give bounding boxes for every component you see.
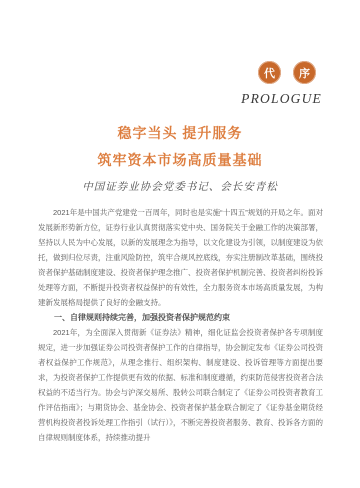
preface-badge: 代 序 <box>258 61 316 84</box>
body-paragraph-2: 2021年，为全面深入贯彻新《证券法》精神，细化证监会投资者保护各专项制度规定，… <box>38 325 323 445</box>
preface-badge-circle-1: 代 <box>258 61 281 84</box>
author-byline: 中国证券业协会党委书记、会长安青松 <box>0 179 360 194</box>
page-title-line-2: 筑牢资本市场高质量基础 <box>0 147 360 174</box>
section-heading-1: 一、自律规则持续完善，加强投资者保护规范约束 <box>38 310 323 325</box>
page-title: 稳字当头 提升服务 筑牢资本市场高质量基础 <box>0 120 360 174</box>
body-paragraph-1: 2021年是中国共产党建党一百周年，同时也是实施“十四五”规划的开局之年。面对发… <box>38 205 323 310</box>
preface-badge-circle-2: 序 <box>293 61 316 84</box>
body-text: 2021年是中国共产党建党一百周年，同时也是实施“十四五”规划的开局之年。面对发… <box>38 205 323 445</box>
page-title-line-1: 稳字当头 提升服务 <box>0 120 360 147</box>
document-page: 代 序 PROLOGUE 稳字当头 提升服务 筑牢资本市场高质量基础 中国证券业… <box>0 0 360 488</box>
prologue-subtitle: PROLOGUE <box>241 91 322 107</box>
